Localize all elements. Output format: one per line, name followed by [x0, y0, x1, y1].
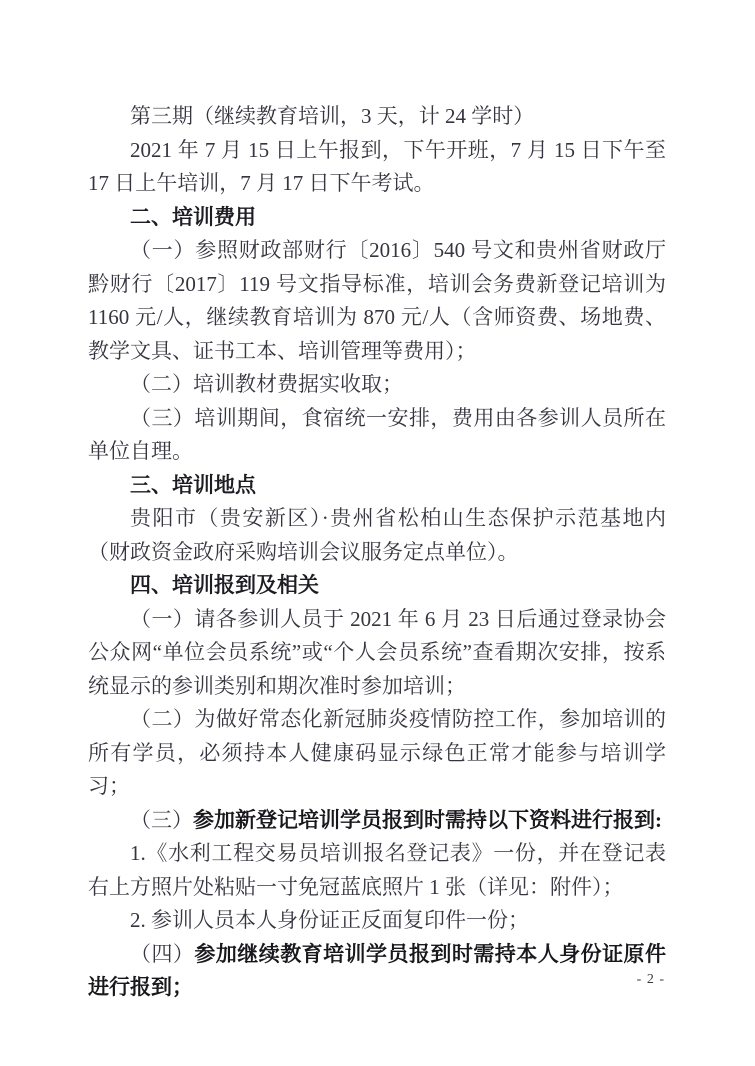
- para-fee-standard: （一）参照财政部财行〔2016〕540 号文和贵州省财政厅黔财行〔2017〕11…: [88, 234, 666, 368]
- para-id-copy: 2. 参训人员本人身份证正反面复印件一份；: [88, 904, 666, 938]
- document-body: 第三期（继续教育培训，3 天，计 24 学时） 2021 年 7 月 15 日上…: [88, 100, 666, 1005]
- para-fee-lodging: （三）培训期间，食宿统一安排，费用由各参训人员所在单位自理。: [88, 402, 666, 469]
- para-session3-schedule: 2021 年 7 月 15 日上午报到，下午开班，7 月 15 日下午至 17 …: [88, 134, 666, 201]
- heading-registration: 四、培训报到及相关: [88, 569, 666, 603]
- bold-run-new-registration: 参加新登记培训学员报到时需持以下资料进行报到:: [193, 808, 662, 832]
- para-prefix: （三）: [130, 808, 193, 832]
- page-number: - 2 -: [637, 972, 665, 988]
- para-prefix: （四）: [130, 942, 194, 966]
- heading-training-location: 三、培训地点: [88, 469, 666, 503]
- para-session3-title: 第三期（继续教育培训，3 天，计 24 学时）: [88, 100, 666, 134]
- para-new-registration-materials: （三）参加新登记培训学员报到时需持以下资料进行报到:: [88, 804, 666, 838]
- para-registration-form: 1.《水利工程交易员培训报名登记表》一份，并在登记表右上方照片处粘贴一寸免冠蓝底…: [88, 837, 666, 904]
- para-location: 贵阳市（贵安新区）·贵州省松柏山生态保护示范基地内（财政资金政府采购培训会议服务…: [88, 502, 666, 569]
- heading-training-fee: 二、培训费用: [88, 201, 666, 235]
- para-continuing-education-id: （四）参加继续教育培训学员报到时需持本人身份证原件进行报到；: [88, 938, 666, 1005]
- document-page: 第三期（继续教育培训，3 天，计 24 学时） 2021 年 7 月 15 日上…: [0, 0, 755, 1066]
- para-covid-requirement: （二）为做好常态化新冠肺炎疫情防控工作，参加培训的所有学员，必须持本人健康码显示…: [88, 703, 666, 804]
- para-check-schedule: （一）请各参训人员于 2021 年 6 月 23 日后通过登录协会公众网“单位会…: [88, 603, 666, 704]
- para-fee-materials: （二）培训教材费据实收取；: [88, 368, 666, 402]
